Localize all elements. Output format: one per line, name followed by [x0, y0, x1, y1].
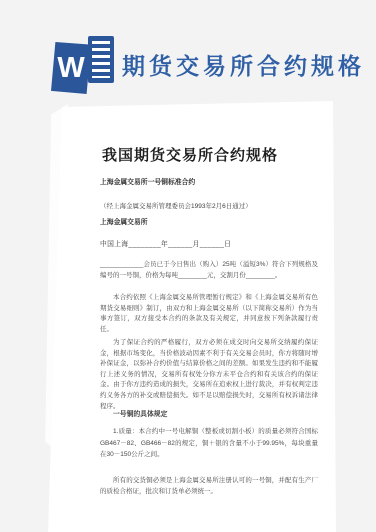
paragraph-transaction: ____________会员已于今日售出（购入）25吨（溢短3%）符合下列规格及…	[100, 260, 318, 281]
paragraph-margin-rules: 为了保证合约的严格履行，双方必须在成交时向交易所交纳履约保证金，根据市场变化，当…	[100, 338, 318, 412]
document-preview: W 期货交易所合约规格 我国期货交易所合约规格 上海金属交易所一号铜标准合约 （…	[0, 0, 376, 532]
word-icon-page-lines	[92, 41, 110, 78]
word-icon-letter: W	[57, 54, 84, 83]
document-title: 我国期货交易所合约规格	[44, 144, 336, 165]
word-icon-flag: W	[51, 42, 91, 94]
section-heading: 一号铜的具体规定	[100, 408, 167, 418]
approval-note: （经上海金属交易所管理委员会1993年2月6日通过）	[100, 201, 252, 210]
word-icon-page	[88, 36, 114, 83]
header: W 期货交易所合约规格	[0, 0, 376, 100]
paragraph-basis: 本合约依照《上海金属交易所管理暂行规定》和《上海金属交易所有色期货交易细则》制订…	[100, 293, 318, 335]
paragraph-delivery: 所有的交货铜必须是上海金属交易所注册认可的一号铜，并配有生产厂的质检合格证，批次…	[100, 476, 318, 497]
document-page: 我国期货交易所合约规格 上海金属交易所一号铜标准合约 （经上海金属交易所管理委员…	[44, 100, 336, 532]
document-subtitle: 上海金属交易所一号铜标准合约	[100, 176, 195, 186]
issuer-line: 上海金属交易所	[100, 216, 148, 226]
page-title: 期货交易所合约规格	[122, 48, 365, 81]
word-icon: W	[46, 33, 116, 95]
paragraph-quality: 1.质量：本合约中一号电解铜（整板或切割小板）的质量必须符合国标GB467－82…	[100, 426, 318, 461]
date-line: 中国上海________年______月______日	[100, 238, 231, 248]
